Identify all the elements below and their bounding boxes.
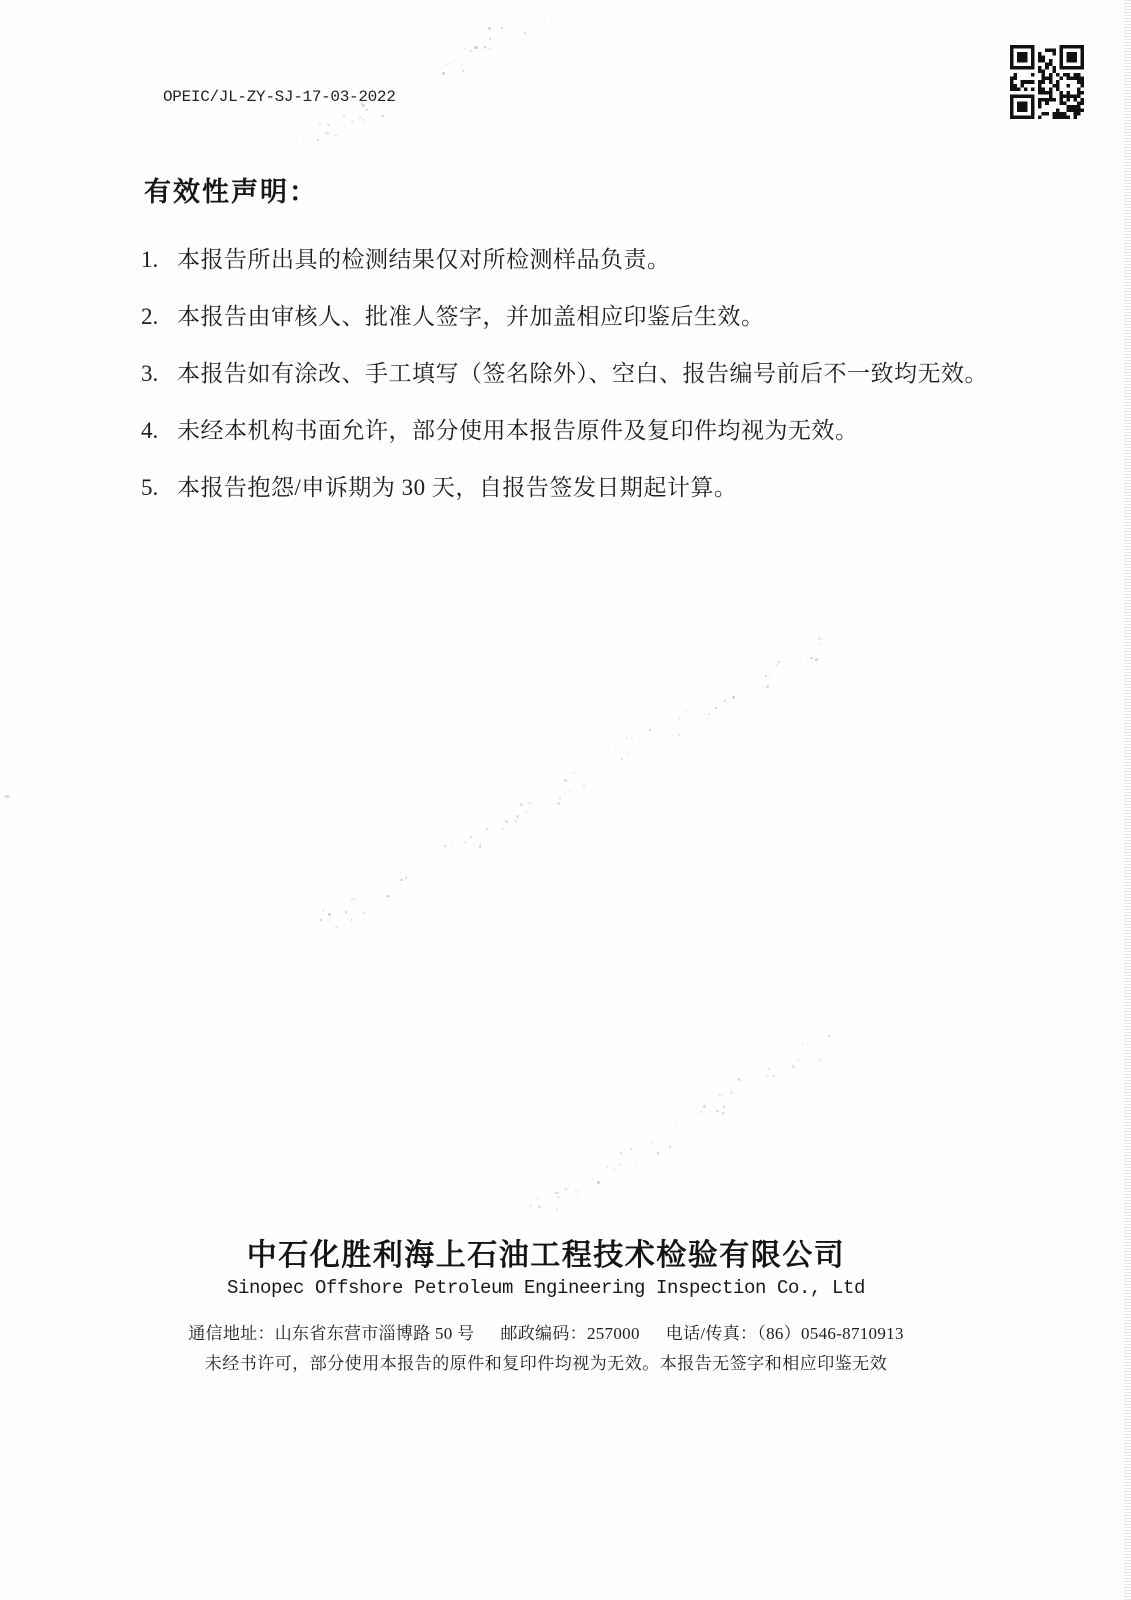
statement-number: 1. <box>141 246 165 274</box>
statement-item: 2. 本报告由审核人、批准人签字，并加盖相应印鉴后生效。 <box>141 303 1061 331</box>
document-number: OPEIC/JL-ZY-SJ-17-03-2022 <box>163 88 396 106</box>
statement-text: 未经本机构书面允许，部分使用本报告原件及复印件均视为无效。 <box>177 417 859 445</box>
contact-row: 通信地址：山东省东营市淄博路 50 号 邮政编码：257000 电话/传真：（8… <box>188 1319 904 1344</box>
page-title: 有效性声明： <box>144 170 318 209</box>
postal-code: 邮政编码：257000 <box>500 1319 639 1344</box>
statement-number: 4. <box>141 417 165 445</box>
company-name-cn: 中石化胜利海上石油工程技术检验有限公司 <box>0 1230 1092 1274</box>
statement-text: 本报告抱怨/申诉期为 30 天，自报告签发日期起计算。 <box>177 474 737 502</box>
mailing-address: 通信地址：山东省东营市淄博路 50 号 <box>188 1319 474 1344</box>
statement-number: 2. <box>141 303 165 331</box>
statement-text: 本报告如有涂改、手工填写（签名除外）、空白、报告编号前后不一致均无效。 <box>177 360 988 388</box>
statement-number: 3. <box>141 360 165 388</box>
statement-number: 5. <box>141 474 165 502</box>
company-footer: 中石化胜利海上石油工程技术检验有限公司 Sinopec Offshore Pet… <box>0 1230 1092 1374</box>
statement-item: 3. 本报告如有涂改、手工填写（签名除外）、空白、报告编号前后不一致均无效。 <box>141 360 1061 388</box>
statement-list: 1. 本报告所出具的检测结果仅对所检测样品负责。 2. 本报告由审核人、批准人签… <box>141 246 1061 502</box>
statement-text: 本报告所出具的检测结果仅对所检测样品负责。 <box>177 246 671 274</box>
report-validity-page: OPEIC/JL-ZY-SJ-17-03-2022 有效性声明： 1. 本报告所… <box>0 0 1131 1600</box>
scan-edge-artifact <box>1124 0 1131 1600</box>
phone-fax: 电话/传真：（86）0546-8710913 <box>666 1319 904 1344</box>
footer-notice: 未经书许可，部分使用本报告的原件和复印件均视为无效。本报告无签字和相应印鉴无效 <box>0 1349 1092 1374</box>
statement-item: 4. 未经本机构书面允许，部分使用本报告原件及复印件均视为无效。 <box>141 417 1061 445</box>
qr-code <box>1010 45 1084 119</box>
statement-item: 5. 本报告抱怨/申诉期为 30 天，自报告签发日期起计算。 <box>141 474 1061 502</box>
company-name-en: Sinopec Offshore Petroleum Engineering I… <box>0 1277 1092 1299</box>
statement-text: 本报告由审核人、批准人签字，并加盖相应印鉴后生效。 <box>177 303 765 331</box>
statement-item: 1. 本报告所出具的检测结果仅对所检测样品负责。 <box>141 246 1061 274</box>
